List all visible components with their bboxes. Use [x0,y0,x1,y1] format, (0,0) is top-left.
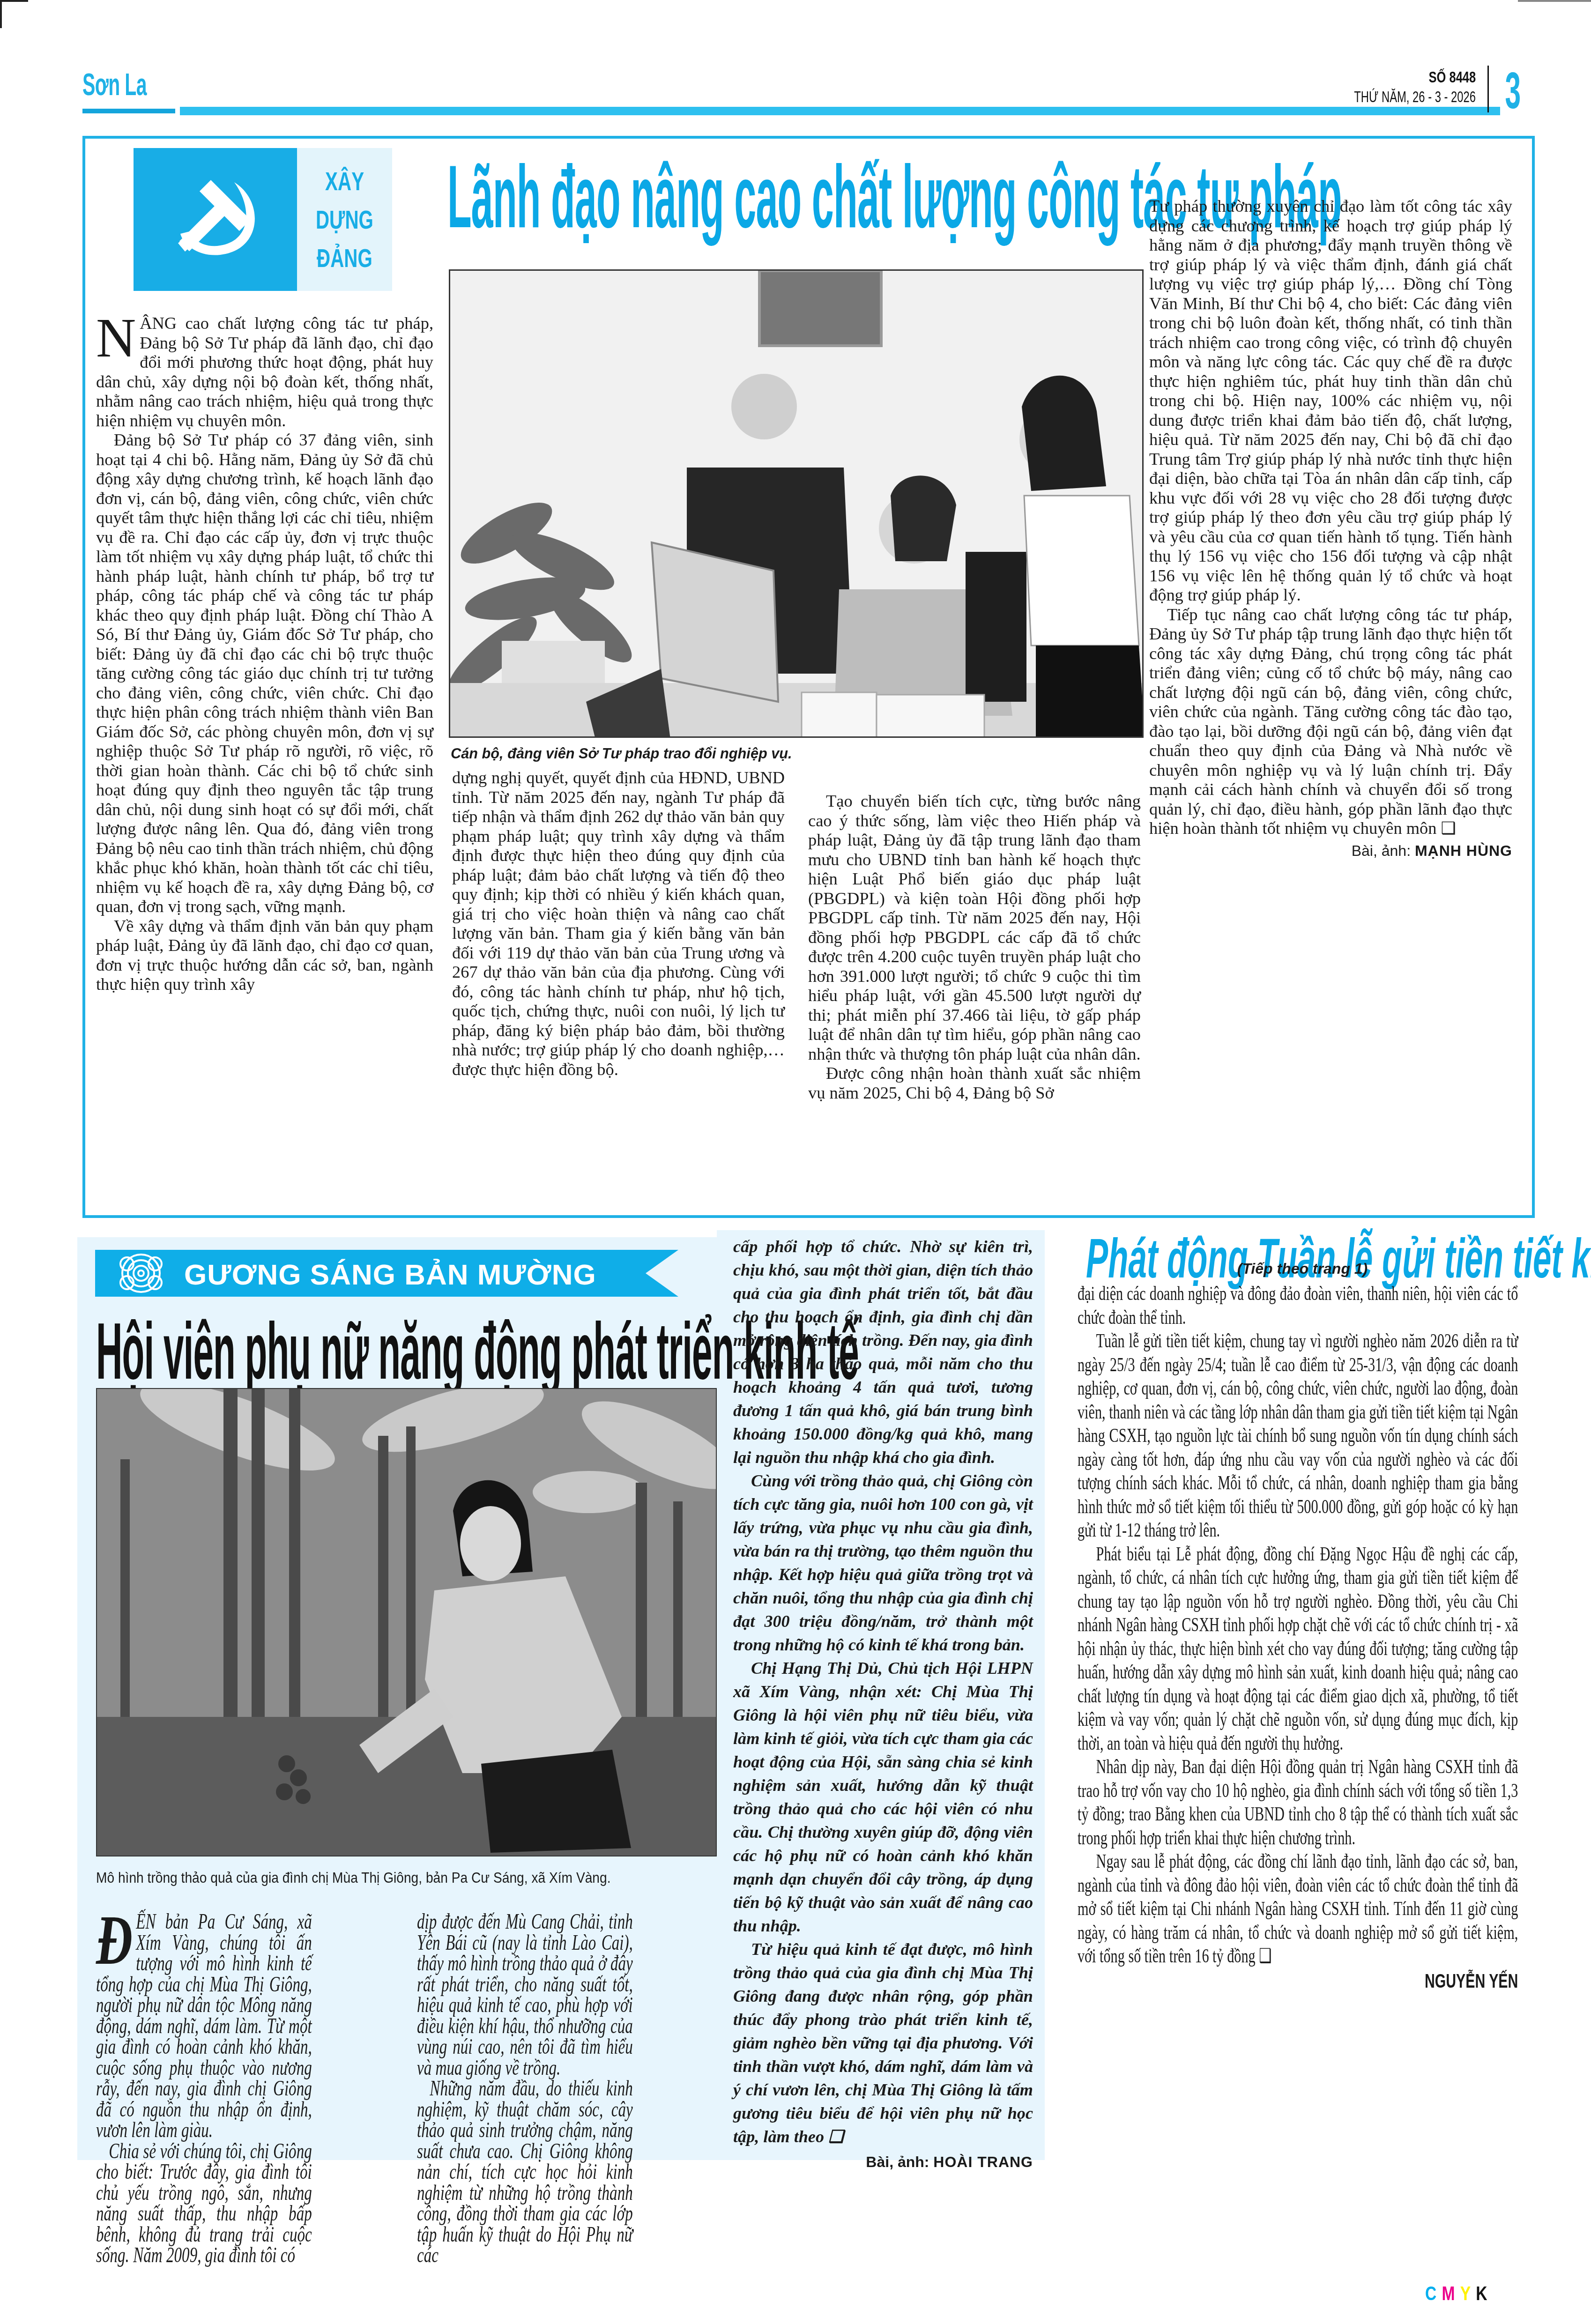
article-column: NÂNG cao chất lượng công tác tư pháp, Đả… [96,314,433,995]
article-column: đại diện các doanh nghiệp và đông đảo đo… [1078,1282,1518,1993]
issue-date: THỨ NĂM, 26 - 3 - 2026 [1354,88,1476,106]
header-divider [1487,66,1489,112]
byline: NGUYỄN YẾN [1078,1969,1518,1993]
crop-mark [0,0,2,28]
crop-mark [0,0,28,2]
continued-from-note: (Tiếp theo trang 1) [1068,1260,1537,1277]
byline-author: MẠNH HÙNG [1415,842,1512,859]
paragraph: Từ hiệu quả kinh tế đạt được, mô hình tr… [733,1938,1033,2148]
section-kicker: XÂY DỰNG ĐẢNG [134,148,392,291]
hammer-sickle-icon [134,148,297,291]
paragraph: Phát biểu tại Lễ phát động, đồng chí Đặn… [1078,1543,1518,1756]
paragraph: Đảng bộ Sở Tư pháp có 37 đảng viên, sinh… [96,431,433,917]
cmyk-registration-mark: CMYK [1425,2282,1493,2305]
dropcap: Đ [96,1912,133,1968]
issue-number: SỐ 8448 [1428,68,1476,87]
kicker-line: ĐẢNG [317,239,372,277]
crop-mark [1518,0,1591,2]
flower-icon [108,1252,174,1294]
paragraph: Tiếp tục nâng cao chất lượng công tác tư… [1149,605,1512,839]
brand-underline [82,109,175,113]
paragraph: đại diện các doanh nghiệp và đông đảo đo… [1078,1282,1518,1329]
byline-prefix: Bài, ảnh: [1352,842,1415,859]
paragraph: NÂNG cao chất lượng công tác tư pháp, Đả… [96,314,433,431]
photo-caption: Cán bộ, đảng viên Sở Tư pháp trao đổi ng… [451,745,792,762]
byline: Bài, ảnh: HOÀI TRANG [733,2150,1033,2174]
paragraph: Ngay sau lễ phát động, các đồng chí lãnh… [1078,1850,1518,1968]
article-photo [449,269,1144,738]
byline-author: NGUYỄN YẾN [1425,1970,1518,1992]
newspaper-brand: Sơn La [82,67,147,102]
paragraph: cấp phối hợp tổ chức. Nhờ sự kiên trì, c… [733,1235,1033,1469]
paragraph: dịp được đến Mù Cang Chải, tỉnh Yên Bái … [417,1911,633,2078]
paragraph: Về xây dựng và thẩm định văn bản quy phạ… [96,917,433,995]
cmyk-c: C [1425,2282,1442,2304]
article-column: Tạo chuyển biến tích cực, từng bước nâng… [808,792,1141,1103]
cmyk-k: K [1476,2282,1492,2304]
byline-author: HOÀI TRANG [933,2153,1033,2170]
kicker-label: GƯƠNG SÁNG BẢN MƯỜNG [184,1258,596,1292]
paragraph: Tuần lễ gửi tiền tiết kiệm, chung tay vì… [1078,1329,1518,1543]
article-column: cấp phối hợp tổ chức. Nhờ sự kiên trì, c… [733,1235,1033,2174]
kicker-label: XÂY DỰNG ĐẢNG [297,148,392,291]
paragraph: Tạo chuyển biến tích cực, từng bước nâng… [808,792,1141,1064]
paragraph: dựng nghị quyết, quyết định của HĐND, UB… [452,768,785,1079]
section-kicker: GƯƠNG SÁNG BẢN MƯỜNG [95,1250,678,1297]
header-rule [180,107,1500,115]
paragraph: Những năm đầu, do thiếu kinh nghiệm, kỹ … [417,2078,633,2266]
paragraph: Cùng với trồng thảo quả, chị Giông còn t… [733,1469,1033,1656]
page-number: 3 [1505,61,1521,120]
masthead: Sơn La SỐ 8448 THỨ NĂM, 26 - 3 - 2026 3 [82,66,1535,112]
byline: Bài, ảnh: MẠNH HÙNG [1149,841,1512,861]
paragraph: Nhân dịp này, Ban đại diện Hội đồng quản… [1078,1755,1518,1850]
article-column: dựng nghị quyết, quyết định của HĐND, UB… [452,768,785,1079]
article-title: Phát động Tuần lễ gửi tiền tiết kiệm... [1086,1231,1591,1286]
kicker-line: XÂY [325,162,364,200]
dropcap: N [96,317,136,360]
article-photo [96,1388,717,1856]
cmyk-y: Y [1460,2282,1476,2304]
paragraph: ĐẾN bản Pa Cư Sáng, xã Xím Vàng, chúng t… [96,1911,312,2141]
byline-prefix: Bài, ảnh: [866,2153,933,2170]
paragraph: Chị Hạng Thị Dủ, Chủ tịch Hội LHPN xã Xí… [733,1656,1033,1938]
paragraph: Chia sẻ với chúng tôi, chị Giông cho biế… [96,2141,312,2266]
paragraph: Được công nhận hoàn thành xuất sắc nhiệm… [808,1064,1141,1103]
article-title: Lãnh đạo nâng cao chất lượng công tác tư… [447,152,927,241]
article-column: Tư pháp thường xuyên chỉ đạo làm tốt côn… [1149,197,1512,861]
paragraph: Tư pháp thường xuyên chỉ đạo làm tốt côn… [1149,197,1512,605]
photo-caption: Mô hình trồng thảo quả của gia đình chị … [96,1869,610,1886]
paragraph-text: ÂNG cao chất lượng công tác tư pháp, Đản… [96,314,433,430]
cmyk-m: M [1442,2282,1460,2304]
kicker-line: DỰNG [316,200,373,239]
